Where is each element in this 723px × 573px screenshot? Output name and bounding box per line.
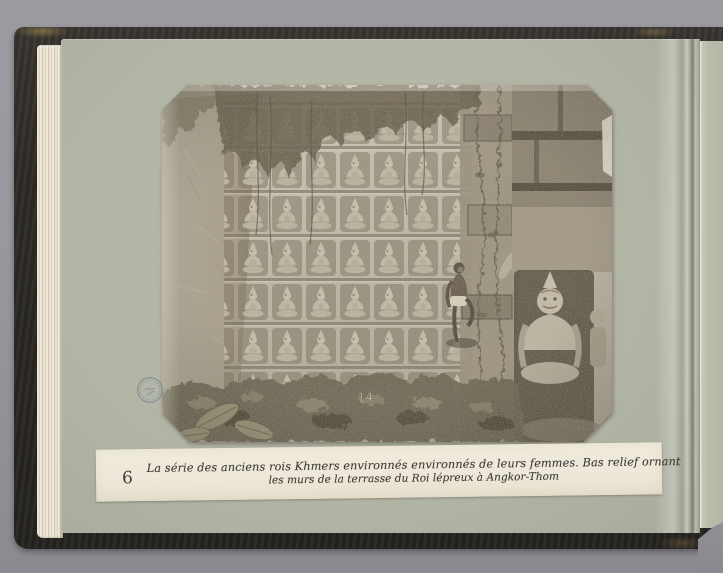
caption-line-2: les murs de la terrasse du Roi lépreux à… (269, 471, 560, 487)
facing-page-edge (700, 41, 723, 528)
caption-label: 6 La série des anciens rois Khmers envir… (96, 442, 663, 501)
caption-text: La série des anciens rois Khmers environ… (133, 455, 691, 488)
photograph: 14 (162, 85, 612, 442)
page-fore-edge (37, 45, 63, 538)
bas-relief-photo-scene: 14 (162, 85, 612, 442)
caption-item-number: 6 (122, 468, 133, 488)
scan-background: 14 6 La série des anciens rois Khmers en… (0, 0, 723, 573)
photograph-shadow: 14 (160, 83, 614, 444)
